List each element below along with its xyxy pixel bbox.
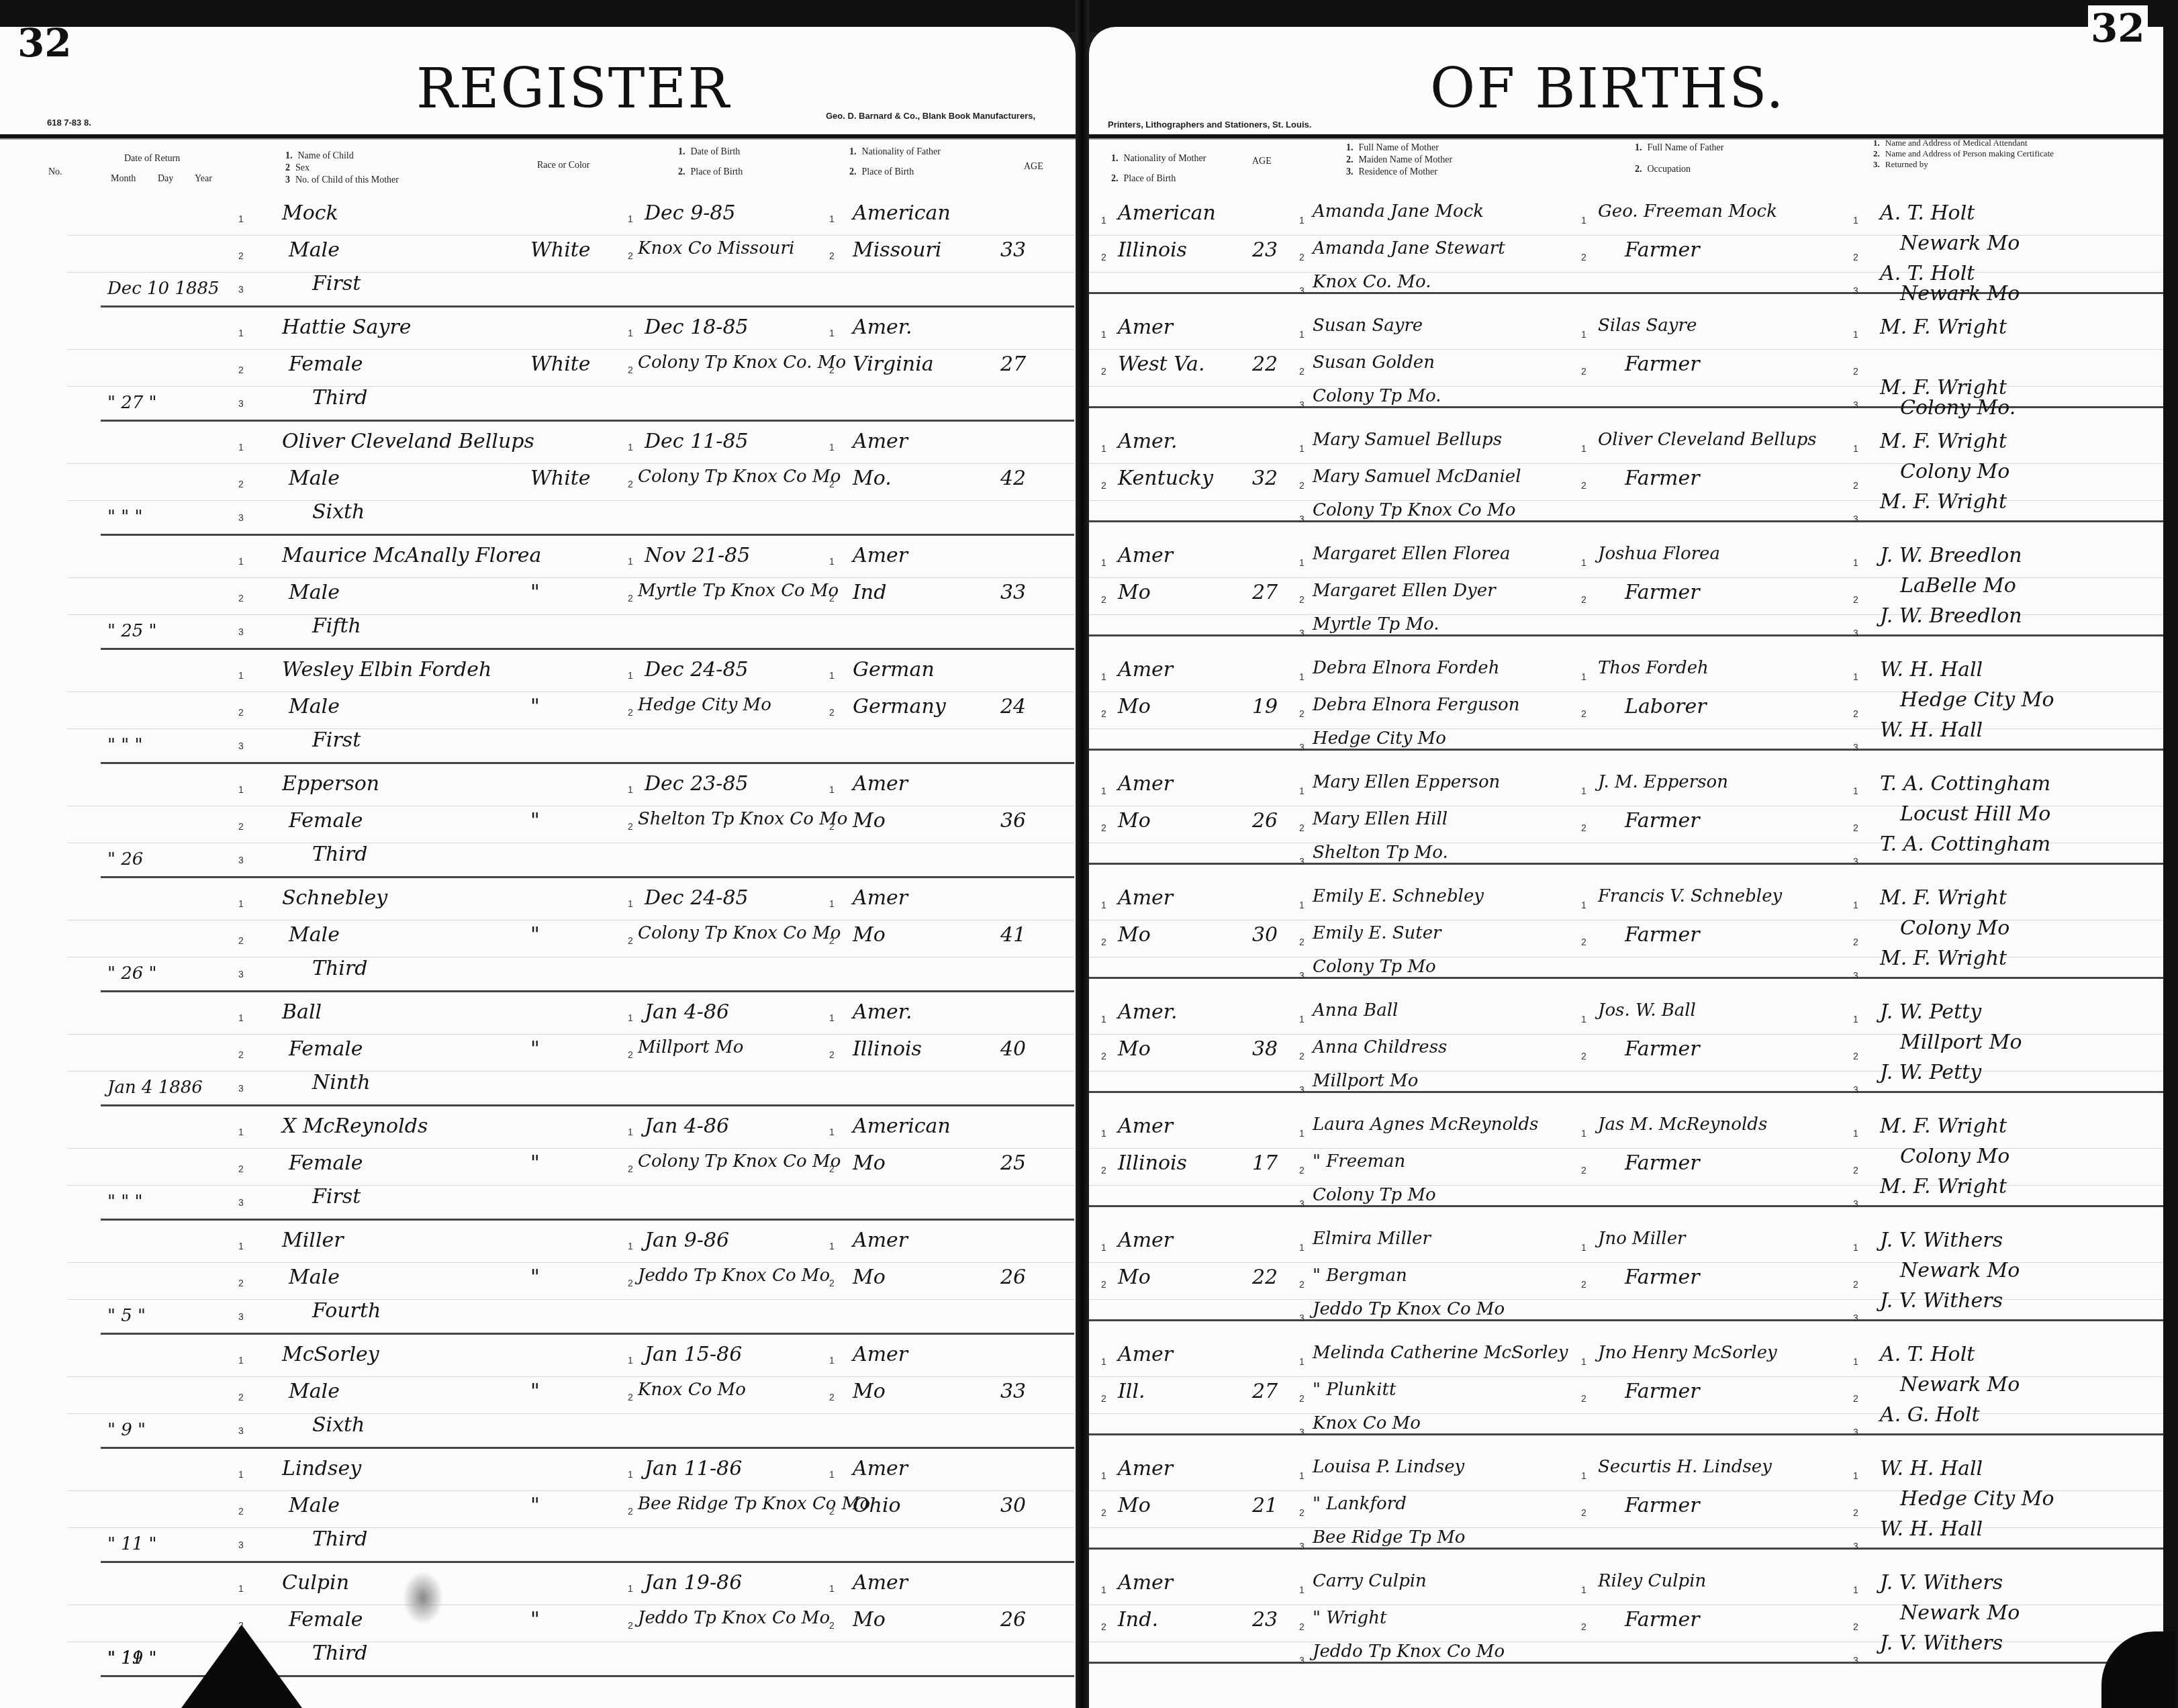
line-index-marker: 1 [1853, 1128, 1858, 1139]
line-index-marker: 2 [628, 1506, 633, 1517]
mother-nationality: American [1118, 201, 1216, 225]
line-index-marker: 1 [1581, 900, 1587, 910]
mother-residence: Jeddo Tp Knox Co Mo [1313, 1299, 1505, 1319]
col-date-of-return: Date of Return [124, 153, 180, 165]
line-index-marker: 1 [1853, 1584, 1858, 1595]
ruled-line [67, 843, 1074, 843]
line-index-marker: 2 [1853, 1165, 1858, 1176]
birth-date: Jan 4-86 [645, 1114, 729, 1138]
ruled-line [1089, 1527, 2163, 1528]
line-index-marker: 2 [628, 593, 633, 604]
certifier-name: J. W. Petty [1880, 1061, 1981, 1084]
mother-full-name: Mary Samuel Bellups [1313, 430, 1502, 450]
line-index-marker: 1 [1101, 1584, 1106, 1595]
mother-maiden-name: " Plunkitt [1313, 1380, 1396, 1400]
child-name: Ball [282, 1000, 322, 1024]
line-index-marker: 1 [1299, 1470, 1305, 1481]
mother-maiden-name: " Bergman [1313, 1266, 1407, 1286]
birth-place: Knox Co Mo [638, 1380, 746, 1400]
medical-attendant-address: LaBelle Mo [1900, 574, 2016, 598]
father-occupation: Farmer [1625, 923, 1700, 947]
line-index-marker: 2 [1581, 937, 1587, 947]
line-index-marker: 2 [829, 1164, 835, 1174]
line-index-marker: 1 [1101, 215, 1106, 226]
line-index-marker: 2 [1581, 594, 1587, 605]
mother-maiden-name: " Wright [1313, 1608, 1386, 1628]
line-index-marker: 2 [829, 479, 835, 489]
birth-date: Dec 24-85 [645, 886, 749, 910]
father-full-name: Jas M. McReynolds [1598, 1114, 1767, 1135]
line-index-marker: 3 [238, 398, 244, 409]
line-index-marker: 2 [628, 250, 633, 261]
mother-birthplace: Mo [1118, 695, 1151, 718]
mother-residence: Myrtle Tp Mo. [1313, 614, 1439, 634]
certifier-name: W. H. Hall [1880, 718, 1983, 742]
line-index-marker: 2 [1853, 937, 1858, 947]
line-index-marker: 1 [1581, 671, 1587, 682]
father-nationality: Amer [853, 886, 908, 910]
line-index-marker: 1 [238, 1583, 244, 1594]
return-date: " " " [107, 1192, 142, 1212]
entry-separator-right [1089, 634, 2163, 636]
line-index-marker: 2 [628, 1278, 633, 1288]
col-father: 1.Full Name of Father 2.Occupation [1635, 142, 1723, 176]
line-index-marker: 2 [829, 1392, 835, 1403]
father-age: 41 [1000, 923, 1026, 947]
line-index-marker: 2 [1299, 937, 1305, 947]
ruled-line [67, 728, 1074, 729]
ruled-line [67, 1262, 1074, 1263]
mother-maiden-name: Debra Elnora Ferguson [1313, 695, 1520, 715]
race-color: White [530, 352, 591, 376]
line-index-marker: 3 [238, 1425, 244, 1436]
father-nationality: Amer. [853, 316, 912, 339]
medical-attendant: A. T. Holt [1880, 1343, 1975, 1366]
line-index-marker: 2 [829, 593, 835, 604]
child-name: X McReynolds [282, 1114, 428, 1138]
line-index-marker: 3 [238, 284, 244, 295]
ruled-line [67, 1376, 1074, 1377]
line-index-marker: 2 [628, 1049, 633, 1060]
line-index-marker: 2 [1101, 480, 1106, 491]
mother-residence: Hedge City Mo [1313, 728, 1446, 749]
father-full-name: Jno Henry McSorley [1598, 1343, 1777, 1363]
line-index-marker: 2 [1299, 1393, 1305, 1404]
line-index-marker: 1 [1581, 1470, 1587, 1481]
col-child-sex: Sex [295, 163, 310, 173]
ruled-line [67, 386, 1074, 387]
line-index-marker: 3 [1299, 1655, 1305, 1666]
child-number: Sixth [312, 500, 365, 524]
father-birthplace: Illinois [853, 1037, 922, 1061]
line-index-marker: 2 [829, 707, 835, 718]
line-index-marker: 1 [238, 898, 244, 909]
ruled-line [67, 1605, 1074, 1605]
entry-separator-left [101, 876, 1074, 878]
mother-nationality: Amer. [1118, 1000, 1177, 1024]
medical-attendant-address: Hedge City Mo [1900, 688, 2054, 712]
child-number: Third [312, 1527, 367, 1551]
father-occupation: Farmer [1625, 352, 1700, 376]
line-index-marker: 1 [1853, 671, 1858, 682]
line-index-marker: 1 [1853, 1470, 1858, 1481]
entry-separator-left [101, 1104, 1074, 1106]
thumb-shadow-left [181, 1625, 302, 1708]
line-index-marker: 2 [829, 935, 835, 946]
line-index-marker: 1 [1299, 1128, 1305, 1139]
col-mother-name: Full Name of Mother [1359, 143, 1439, 153]
father-birthplace: Germany [853, 695, 946, 718]
entry-separator-right [1089, 749, 2163, 751]
mother-nationality: Amer [1118, 772, 1173, 796]
line-index-marker: 1 [829, 1469, 835, 1480]
child-number: Fifth [312, 614, 361, 638]
father-full-name: Francis V. Schnebley [1598, 886, 1782, 906]
child-number: Sixth [312, 1413, 365, 1437]
line-index-marker: 1 [1299, 671, 1305, 682]
child-sex: Male [289, 1266, 340, 1289]
father-nationality: German [853, 658, 935, 681]
line-index-marker: 2 [628, 821, 633, 832]
line-index-marker: 2 [238, 1049, 244, 1060]
mother-full-name: Amanda Jane Mock [1313, 201, 1484, 222]
mother-residence: Colony Tp Mo. [1313, 386, 1441, 406]
line-index-marker: 1 [1101, 1356, 1106, 1367]
line-index-marker: 2 [238, 1506, 244, 1517]
medical-attendant: J. W. Breedlon [1880, 544, 2022, 567]
mother-maiden-name: Mary Samuel McDaniel [1313, 467, 1521, 487]
mother-residence: Millport Mo [1313, 1071, 1418, 1091]
line-index-marker: 2 [1581, 708, 1587, 719]
child-number: Third [312, 957, 367, 980]
father-occupation: Farmer [1625, 1494, 1700, 1517]
child-sex: Male [289, 695, 340, 718]
line-index-marker: 1 [628, 1583, 633, 1594]
line-index-marker: 1 [1853, 329, 1858, 340]
certifier-name: M. F. Wright [1880, 947, 2007, 970]
child-number: First [312, 1185, 361, 1208]
mother-residence: Jeddo Tp Knox Co Mo [1313, 1642, 1505, 1662]
line-index-marker: 3 [1299, 1084, 1305, 1095]
line-index-marker: 1 [238, 213, 244, 224]
father-birthplace: Ohio [853, 1494, 901, 1517]
line-index-marker: 1 [829, 442, 835, 453]
return-date: " 5 " [107, 1306, 146, 1326]
certifier-name: M. F. Wright [1880, 490, 2007, 514]
line-index-marker: 3 [238, 741, 244, 751]
mother-birthplace: Mo [1118, 581, 1151, 604]
line-index-marker: 3 [1299, 628, 1305, 638]
col-mother-nat: Nationality of Mother [1124, 154, 1206, 164]
line-index-marker: 2 [238, 593, 244, 604]
mother-age: 22 [1252, 352, 1278, 376]
ruled-line [67, 1299, 1074, 1300]
line-index-marker: 1 [1299, 215, 1305, 226]
certifier-name: M. F. Wright [1880, 1175, 2007, 1198]
mother-birthplace: Mo [1118, 809, 1151, 833]
col-mother: 1.Full Name of Mother 2.Maiden Name of M… [1346, 142, 1452, 179]
child-sex: Male [289, 581, 340, 604]
entry-separator-left [101, 420, 1074, 422]
birth-place: Knox Co Missouri [638, 238, 794, 258]
line-index-marker: 2 [1853, 480, 1858, 491]
medical-attendant-address: Millport Mo [1900, 1031, 2022, 1054]
medical-attendant-address: Newark Mo [1900, 1601, 2020, 1625]
line-index-marker: 2 [1853, 594, 1858, 605]
col-year: Year [195, 173, 212, 185]
line-index-marker: 1 [1581, 1356, 1587, 1367]
birth-place: Hedge City Mo [638, 695, 771, 715]
child-name: Lindsey [282, 1457, 361, 1480]
father-age: 42 [1000, 467, 1026, 490]
line-index-marker: 3 [238, 969, 244, 980]
race-color: " [530, 1266, 540, 1289]
father-nationality: American [853, 201, 951, 225]
line-index-marker: 1 [1853, 215, 1858, 226]
col-father-nationality: 1.Nationality of Father 2.Place of Birth [849, 146, 941, 179]
mother-nationality: Amer [1118, 1114, 1173, 1138]
right-page-title: OF BIRTHS. [1430, 57, 1785, 121]
mother-age: 30 [1252, 923, 1278, 947]
birth-date: Jan 19-86 [645, 1571, 742, 1595]
line-index-marker: 1 [628, 898, 633, 909]
entry-separator-left [101, 990, 1074, 992]
line-index-marker: 2 [1299, 366, 1305, 377]
line-index-marker: 2 [1299, 1279, 1305, 1290]
col-child-number: No. of Child of this Mother [295, 175, 399, 185]
child-sex: Male [289, 923, 340, 947]
father-age: 40 [1000, 1037, 1026, 1061]
line-index-marker: 1 [1581, 443, 1587, 454]
birth-place: Colony Tp Knox Co. Mo [638, 352, 846, 373]
line-index-marker: 1 [1101, 443, 1106, 454]
line-index-marker: 2 [1581, 1279, 1587, 1290]
race-color: " [530, 1608, 540, 1631]
line-index-marker: 1 [1581, 1584, 1587, 1595]
mother-residence: Colony Tp Mo [1313, 957, 1436, 977]
child-name: Mock [282, 201, 338, 225]
col-child-name: Name of Child [298, 151, 354, 161]
line-index-marker: 3 [1853, 856, 1858, 867]
return-date: " 19 " [107, 1648, 157, 1668]
mother-birthplace: Illinois [1118, 238, 1187, 262]
line-index-marker: 2 [1853, 822, 1858, 833]
birth-place: Myrtle Tp Knox Co Mo [638, 581, 839, 601]
line-index-marker: 2 [628, 479, 633, 489]
father-age: 26 [1000, 1608, 1026, 1631]
line-index-marker: 3 [1853, 1427, 1858, 1437]
col-mother-residence: Residence of Mother [1359, 167, 1437, 177]
line-index-marker: 1 [238, 1469, 244, 1480]
entry-separator-right [1089, 1205, 2163, 1207]
line-index-marker: 2 [1101, 1507, 1106, 1518]
entry-separator-right [1089, 1433, 2163, 1435]
entry-separator-left [101, 1333, 1074, 1335]
race-color: " [530, 1037, 540, 1061]
child-sex: Male [289, 238, 340, 262]
line-index-marker: 1 [238, 670, 244, 681]
birth-date: Nov 21-85 [645, 544, 750, 567]
mother-nationality: Amer [1118, 1343, 1173, 1366]
return-date: " 27 " [107, 393, 157, 413]
father-birthplace: Missouri [853, 238, 941, 262]
line-index-marker: 1 [829, 213, 835, 224]
mother-maiden-name: Anna Childress [1313, 1037, 1447, 1057]
return-date: Dec 10 1885 [107, 279, 220, 299]
birth-place: Colony Tp Knox Co Mo [638, 1151, 841, 1172]
line-index-marker: 3 [1299, 514, 1305, 524]
father-nationality: Amer [853, 544, 908, 567]
ruled-line [67, 463, 1074, 464]
line-index-marker: 3 [1853, 628, 1858, 638]
mother-nationality: Amer [1118, 1229, 1173, 1252]
medical-attendant: M. F. Wright [1880, 886, 2007, 910]
child-number: Fourth [312, 1299, 381, 1323]
mother-nationality: Amer [1118, 886, 1173, 910]
ruled-line [1089, 272, 2163, 273]
line-index-marker: 1 [1101, 1470, 1106, 1481]
mother-full-name: Laura Agnes McReynolds [1313, 1114, 1538, 1135]
line-index-marker: 2 [1581, 822, 1587, 833]
father-occupation: Farmer [1625, 1608, 1700, 1631]
line-index-marker: 2 [628, 1392, 633, 1403]
child-name: Schnebley [282, 886, 387, 910]
line-index-marker: 2 [1299, 480, 1305, 491]
line-index-marker: 3 [1299, 285, 1305, 296]
father-full-name: Thos Fordeh [1598, 658, 1709, 678]
line-index-marker: 1 [1101, 557, 1106, 568]
father-occupation: Laborer [1625, 695, 1707, 718]
child-name: Epperson [282, 772, 379, 796]
mother-age: 19 [1252, 695, 1278, 718]
ruled-line [67, 235, 1074, 236]
father-age: 30 [1000, 1494, 1026, 1517]
mother-birthplace: Ill. [1118, 1380, 1145, 1403]
mother-maiden-name: Emily E. Suter [1313, 923, 1441, 943]
col-mother-birthplace: Place of Birth [1124, 174, 1176, 184]
mother-residence: Colony Tp Knox Co Mo [1313, 500, 1515, 520]
child-number: Third [312, 1642, 367, 1665]
child-number: First [312, 272, 361, 295]
line-index-marker: 1 [628, 784, 633, 795]
mother-birthplace: Mo [1118, 1494, 1151, 1517]
father-occupation: Farmer [1625, 1266, 1700, 1289]
line-index-marker: 2 [1101, 594, 1106, 605]
col-returned-by: Returned by [1885, 159, 1928, 169]
line-index-marker: 1 [1581, 1128, 1587, 1139]
line-index-marker: 1 [829, 898, 835, 909]
father-occupation: Farmer [1625, 1151, 1700, 1175]
mother-maiden-name: Mary Ellen Hill [1313, 809, 1448, 829]
line-index-marker: 1 [628, 1469, 633, 1480]
father-age: 27 [1000, 352, 1026, 376]
mother-maiden-name: Margaret Ellen Dyer [1313, 581, 1496, 601]
line-index-marker: 1 [1101, 1014, 1106, 1025]
child-number: Third [312, 843, 367, 866]
entry-separator-left [101, 648, 1074, 650]
line-index-marker: 2 [1853, 1051, 1858, 1061]
line-index-marker: 1 [1101, 900, 1106, 910]
right-page [1089, 27, 2163, 1708]
line-index-marker: 3 [238, 1539, 244, 1550]
return-date: " 26 [107, 849, 143, 869]
mother-full-name: Elmira Miller [1313, 1229, 1431, 1249]
entry-separator-right [1089, 863, 2163, 865]
birth-place: Jeddo Tp Knox Co Mo [638, 1608, 830, 1628]
line-index-marker: 2 [628, 365, 633, 375]
entry-separator-right [1089, 1319, 2163, 1321]
father-birthplace: Mo [853, 923, 886, 947]
line-index-marker: 1 [1101, 671, 1106, 682]
line-index-marker: 3 [1299, 1313, 1305, 1323]
line-index-marker: 3 [1299, 856, 1305, 867]
line-index-marker: 3 [1299, 1198, 1305, 1209]
col-birth-place: Place of Birth [691, 167, 743, 177]
line-index-marker: 1 [1299, 786, 1305, 796]
return-date: " " " [107, 735, 142, 755]
line-index-marker: 1 [628, 442, 633, 453]
mother-age: 32 [1252, 467, 1278, 490]
col-father-occupation: Occupation [1648, 164, 1691, 175]
mother-full-name: Margaret Ellen Florea [1313, 544, 1511, 564]
line-index-marker: 3 [1853, 742, 1858, 753]
mother-nationality: Amer [1118, 1457, 1173, 1480]
line-index-marker: 1 [238, 1355, 244, 1366]
father-nationality: Amer [853, 430, 908, 453]
medical-attendant-address: Locust Hill Mo [1900, 802, 2050, 826]
line-index-marker: 3 [1853, 970, 1858, 981]
line-index-marker: 2 [829, 250, 835, 261]
line-index-marker: 2 [1853, 252, 1858, 263]
line-index-marker: 1 [1581, 786, 1587, 796]
father-nationality: American [853, 1114, 951, 1138]
line-index-marker: 2 [238, 1278, 244, 1288]
line-index-marker: 2 [628, 707, 633, 718]
father-age: 33 [1000, 581, 1026, 604]
mother-nationality: Amer [1118, 316, 1173, 339]
return-date: " " " [107, 507, 142, 527]
birth-place: Colony Tp Knox Co Mo [638, 467, 841, 487]
child-sex: Male [289, 1494, 340, 1517]
line-index-marker: 2 [1101, 366, 1106, 377]
line-index-marker: 1 [628, 1241, 633, 1251]
father-age: 33 [1000, 238, 1026, 262]
race-color: " [530, 581, 540, 604]
mother-maiden-name: " Freeman [1313, 1151, 1405, 1172]
line-index-marker: 2 [628, 1620, 633, 1631]
birth-place: Jeddo Tp Knox Co Mo [638, 1266, 830, 1286]
line-index-marker: 1 [1101, 1128, 1106, 1139]
line-index-marker: 3 [1299, 399, 1305, 410]
mother-age: 17 [1252, 1151, 1278, 1175]
line-index-marker: 3 [1853, 514, 1858, 524]
father-occupation: Farmer [1625, 238, 1700, 262]
entry-separator-right [1089, 1548, 2163, 1550]
line-index-marker: 1 [238, 328, 244, 338]
mother-residence: Bee Ridge Tp Mo [1313, 1527, 1466, 1548]
line-index-marker: 2 [1101, 252, 1106, 263]
father-birthplace: Mo. [853, 467, 892, 490]
ruled-line [67, 1148, 1074, 1149]
line-index-marker: 3 [1853, 285, 1858, 296]
return-date: Jan 4 1886 [107, 1078, 203, 1098]
line-index-marker: 1 [1299, 1014, 1305, 1025]
child-sex: Female [289, 1037, 363, 1061]
col-medical-attendant: Name and Address of Medical Attendant [1885, 138, 2028, 148]
line-index-marker: 2 [1101, 1279, 1106, 1290]
birth-date: Jan 4-86 [645, 1000, 729, 1024]
ruled-line [1089, 1413, 2163, 1414]
